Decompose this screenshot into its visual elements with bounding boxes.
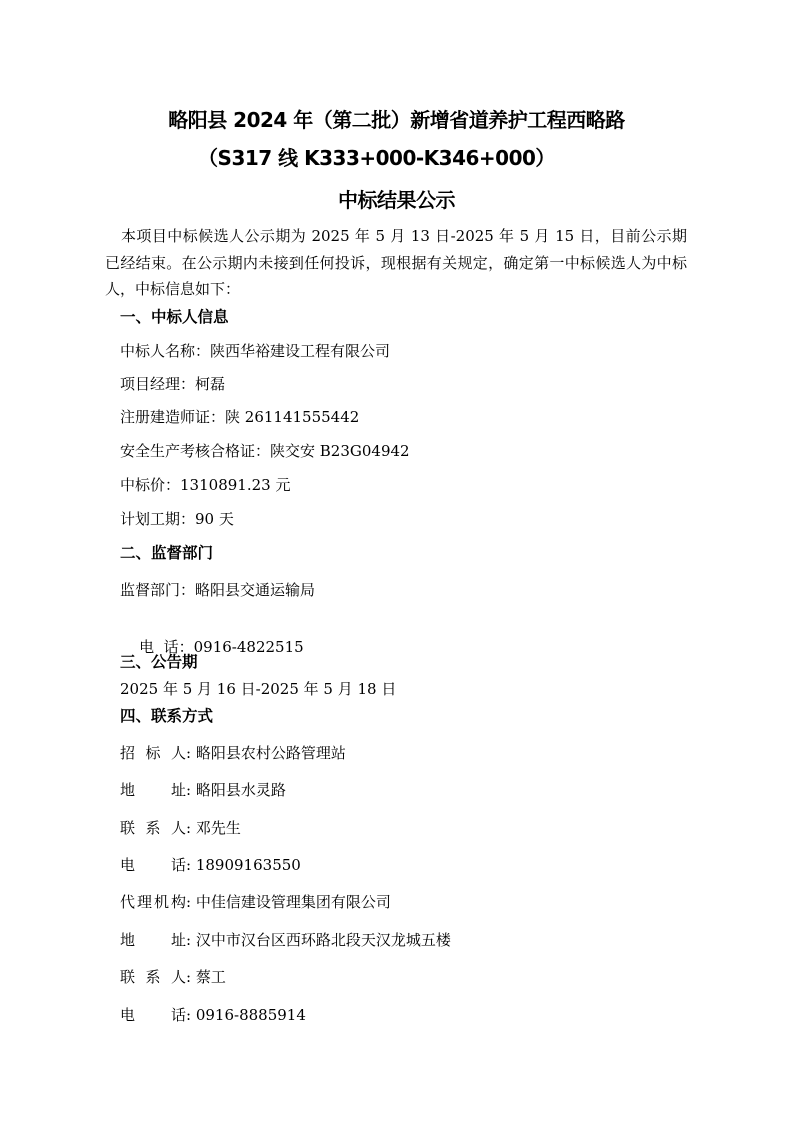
tenderer-phone-value: 18909163550 — [196, 856, 301, 874]
tenderer-phone-row: 电话: 18909163550 — [120, 856, 301, 874]
tenderer-address-value: 略阳县水灵路 — [196, 781, 286, 799]
winner-name-value: 陕西华裕建设工程有限公司 — [210, 342, 390, 360]
agency-phone-row: 电话: 0916-8885914 — [120, 1006, 306, 1024]
supervision-dept-row: 监督部门：略阳县交通运输局 — [120, 581, 315, 599]
title-line-3: 中标结果公示 — [0, 188, 793, 212]
tenderer-value: 略阳县农村公路管理站 — [196, 744, 346, 762]
field-label: 地址 — [120, 931, 186, 949]
colon: : — [186, 856, 191, 874]
section-heading-announcement: 三、公告期 — [120, 653, 198, 671]
bid-price-value: 1310891.23 元 — [180, 476, 290, 494]
field-label: 监督部门： — [120, 581, 195, 599]
project-manager-value: 柯磊 — [195, 375, 225, 393]
agency-contact-row: 联系人: 蔡工 — [120, 968, 226, 986]
colon: : — [186, 819, 191, 837]
tenderer-address-row: 地址: 略阳县水灵路 — [120, 781, 286, 799]
field-label: 电话 — [120, 856, 186, 874]
section-heading-winner: 一、中标人信息 — [120, 308, 229, 326]
field-label: 地址 — [120, 781, 186, 799]
agency-address-row: 地址: 汉中市汉台区西环路北段天汉龙城五楼 — [120, 931, 451, 949]
colon: : — [186, 931, 191, 949]
field-label: 项目经理： — [120, 375, 195, 393]
agency-contact-value: 蔡工 — [196, 968, 226, 986]
agency-phone-value: 0916-8885914 — [196, 1006, 306, 1024]
title-line-2: （S317 线 K333+000-K346+000） — [0, 146, 773, 170]
safety-cert-row: 安全生产考核合格证：陕交安 B23G04942 — [120, 442, 410, 460]
section-heading-contact: 四、联系方式 — [120, 707, 213, 725]
title-line-1: 略阳县 2024 年（第二批）新增省道养护工程西略路 — [0, 108, 793, 132]
bid-price-row: 中标价：1310891.23 元 — [120, 476, 290, 494]
section-heading-supervision: 二、监督部门 — [120, 544, 213, 562]
field-label: 电话 — [120, 1006, 186, 1024]
field-label: 招标人 — [120, 744, 186, 762]
colon: : — [186, 744, 191, 762]
winner-name-row: 中标人名称：陕西华裕建设工程有限公司 — [120, 342, 390, 360]
document-page: 略阳县 2024 年（第二批）新增省道养护工程西略路 （S317 线 K333+… — [0, 0, 793, 1122]
colon: : — [186, 781, 191, 799]
agency-value: 中佳信建设管理集团有限公司 — [196, 893, 391, 911]
tenderer-contact-row: 联系人: 邓先生 — [120, 819, 241, 837]
agency-row: 代理机构: 中佳信建设管理集团有限公司 — [120, 893, 391, 911]
project-manager-row: 项目经理：柯磊 — [120, 375, 225, 393]
intro-paragraph: 本项目中标候选人公示期为 2025 年 5 月 13 日-2025 年 5 月 … — [105, 223, 687, 303]
safety-cert-value: 陕交安 B23G04942 — [270, 442, 410, 460]
duration-row: 计划工期：90 天 — [120, 510, 234, 528]
field-label: 代理机构 — [120, 893, 186, 911]
colon: : — [186, 1006, 191, 1024]
agency-address-value: 汉中市汉台区西环路北段天汉龙城五楼 — [196, 931, 451, 949]
field-label: 注册建造师证： — [120, 408, 225, 426]
supervision-dept-value: 略阳县交通运输局 — [195, 581, 315, 599]
tenderer-row: 招标人: 略阳县农村公路管理站 — [120, 744, 346, 762]
field-label: 中标价： — [120, 476, 180, 494]
field-label: 计划工期： — [120, 510, 195, 528]
tenderer-contact-value: 邓先生 — [196, 819, 241, 837]
field-label: 联系人 — [120, 819, 186, 837]
field-label: 联系人 — [120, 968, 186, 986]
constructor-cert-value: 陕 261141555442 — [225, 408, 359, 426]
announcement-period: 2025 年 5 月 16 日-2025 年 5 月 18 日 — [120, 680, 396, 698]
duration-value: 90 天 — [195, 510, 234, 528]
colon: : — [186, 893, 191, 911]
constructor-cert-row: 注册建造师证：陕 261141555442 — [120, 408, 359, 426]
supervision-phone-value: 0916-4822515 — [194, 638, 304, 656]
field-label: 中标人名称： — [120, 342, 210, 360]
colon: : — [186, 968, 191, 986]
field-label: 安全生产考核合格证： — [120, 442, 270, 460]
